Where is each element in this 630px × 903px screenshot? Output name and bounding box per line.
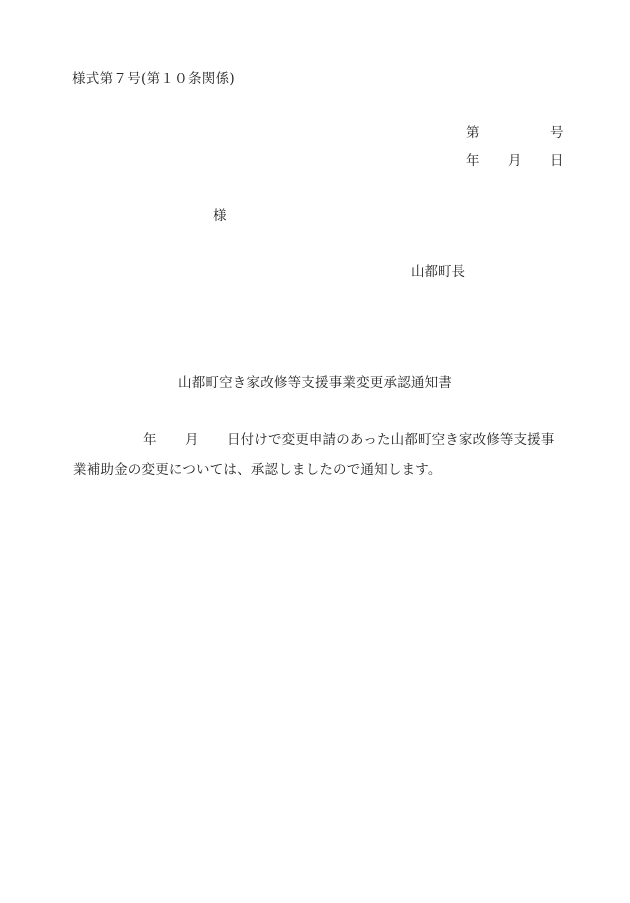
body-text-line-1-rest: 日付けで変更申請のあった山都町空き家改修等支援事 xyxy=(227,434,554,448)
body-year-label: 年 xyxy=(143,434,157,448)
form-number: 様式第７号(第１０条関係) xyxy=(72,73,235,87)
issue-date-day-label: 日 xyxy=(550,155,564,169)
issue-number-suffix: 号 xyxy=(550,127,564,141)
issuer-name: 山都町長 xyxy=(411,266,465,280)
issue-date-month-label: 月 xyxy=(508,155,522,169)
body-month-label: 月 xyxy=(185,434,199,448)
document-title: 山都町空き家改修等支援事業変更承認通知書 xyxy=(178,377,452,391)
addressee-honorific: 様 xyxy=(213,210,227,224)
body-text-line-2: 業補助金の変更については、承認しましたので通知します。 xyxy=(73,464,442,478)
issue-number-prefix: 第 xyxy=(466,127,480,141)
issue-date-year-label: 年 xyxy=(466,155,480,169)
body-text-line-2-content: 業補助金の変更については、承認しましたので通知します。 xyxy=(73,462,442,478)
